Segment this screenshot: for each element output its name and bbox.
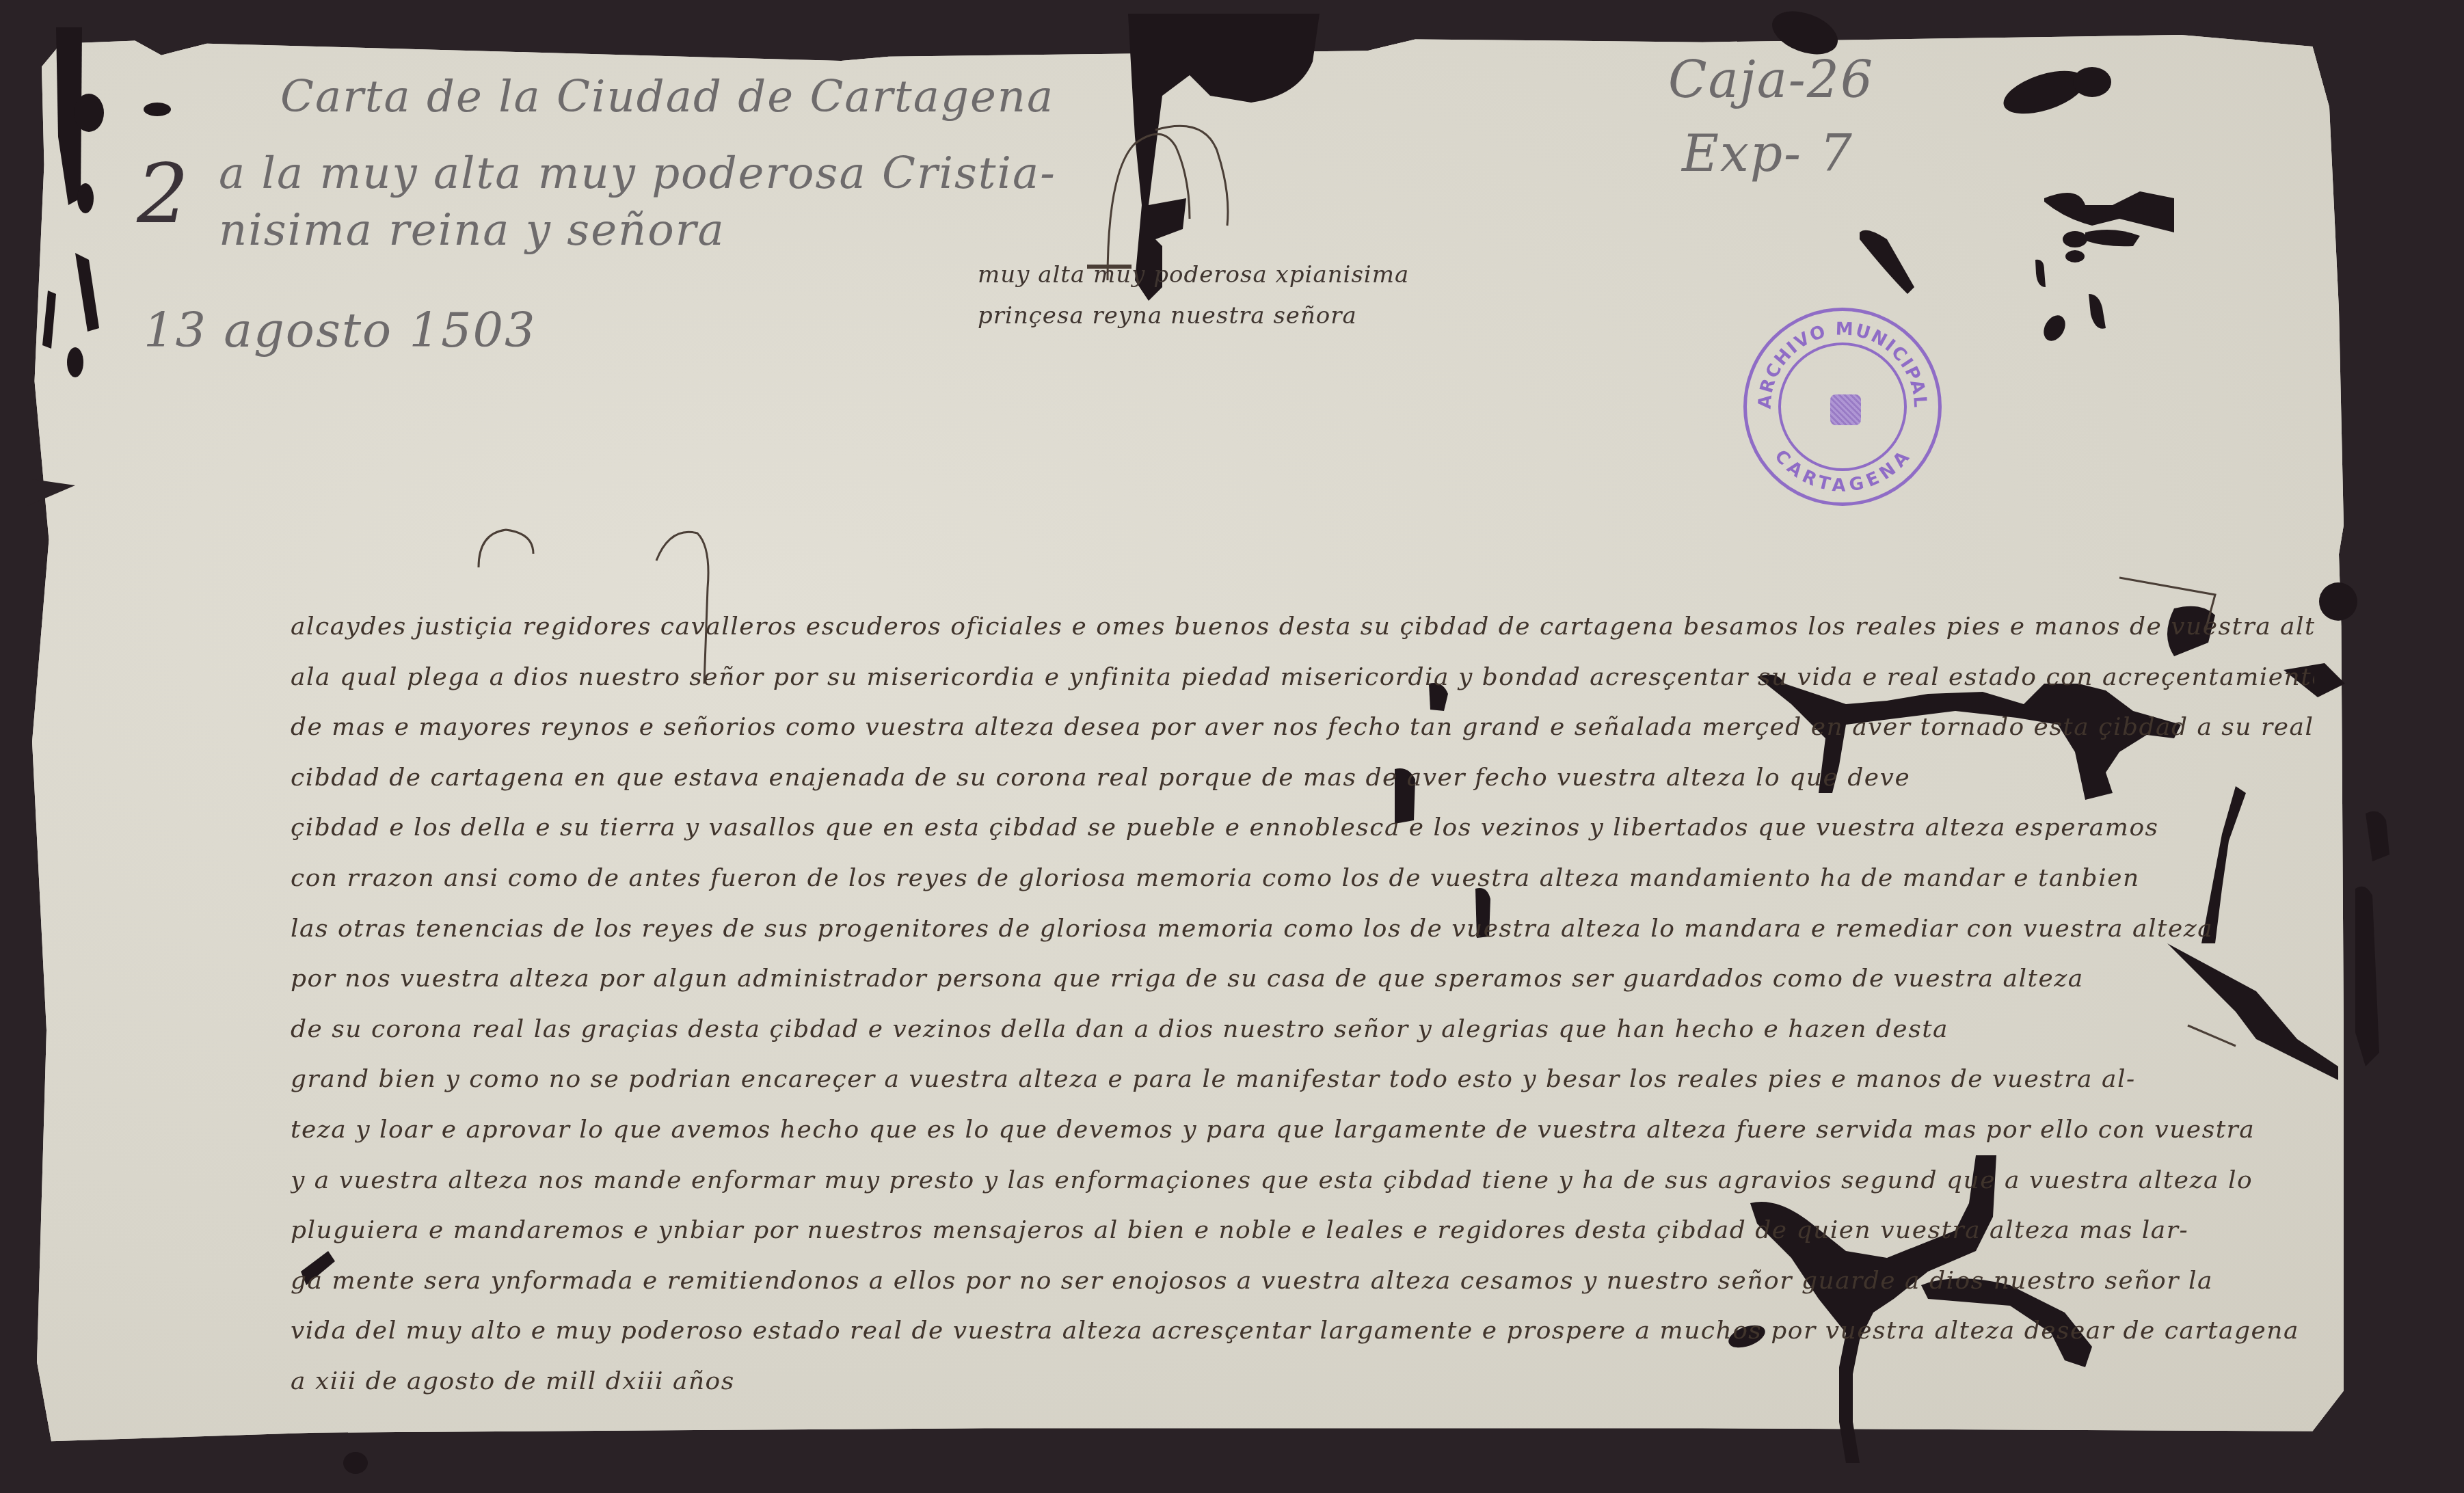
letter-line: por nos vuestra alteza por algun adminis…	[291, 954, 2314, 1004]
summary-line-2: a la muy alta muy poderosa Cristia-	[219, 152, 1056, 196]
archive-file-ref: Exp- 7	[1682, 129, 1853, 179]
summary-line-1: Carta de la Ciudad de Cartagena	[280, 75, 1054, 119]
letter-line: las otras tenencias de los reyes de sus …	[291, 904, 2314, 954]
coat-of-arms-icon	[1830, 394, 1861, 425]
letter-line: grand bien y como no se podrian encareçe…	[291, 1054, 2314, 1105]
letter-line: pluguiera e mandaremos e ynbiar por nues…	[291, 1205, 2314, 1256]
letter-address: muy alta muy poderosa xpianisima prinçes…	[978, 254, 1409, 336]
letter-line: ala qual plega a dios nuestro señor por …	[291, 652, 2314, 703]
letter-line: teza y loar e aprovar lo que avemos hech…	[291, 1105, 2314, 1155]
stamp-inner-ring	[1778, 342, 1907, 471]
address-line-1: muy alta muy poderosa xpianisima	[978, 254, 1409, 295]
letter-line: con rrazon ansi como de antes fueron de …	[291, 853, 2314, 904]
document-date: 13 agosto 1503	[144, 306, 537, 354]
address-line-2: prinçesa reyna nuestra señora	[978, 295, 1409, 336]
archive-stamp: ARCHIVO MUNICIPAL CARTAGENA	[1743, 308, 1942, 506]
letter-line: alcaydes justiçia regidores cavalleros e…	[291, 602, 2314, 652]
letter-closing-date: a xiii de agosto de mill dxiii años	[291, 1356, 961, 1407]
archive-box-ref: Caja-26	[1668, 55, 1874, 105]
letter-line: ga mente sera ynformada e remitiendonos …	[291, 1256, 2314, 1306]
letter-body: alcaydes justiçia regidores cavalleros e…	[291, 602, 2314, 1407]
letter-line: de mas e mayores reynos e señorios como …	[291, 702, 2314, 753]
folio-number: 2	[137, 147, 189, 242]
letter-line: de su corona real las graçias desta çibd…	[291, 1004, 2314, 1055]
letter-line: vida del muy alto e muy poderoso estado …	[291, 1306, 2314, 1356]
summary-line-3: nisima reina y señora	[219, 209, 725, 252]
letter-line: çibdad e los della e su tierra y vasallo…	[291, 803, 2314, 853]
letter-line: y a vuestra alteza nos mande enformar mu…	[291, 1155, 2314, 1206]
letter-line: cibdad de cartagena en que estava enajen…	[291, 753, 2314, 803]
